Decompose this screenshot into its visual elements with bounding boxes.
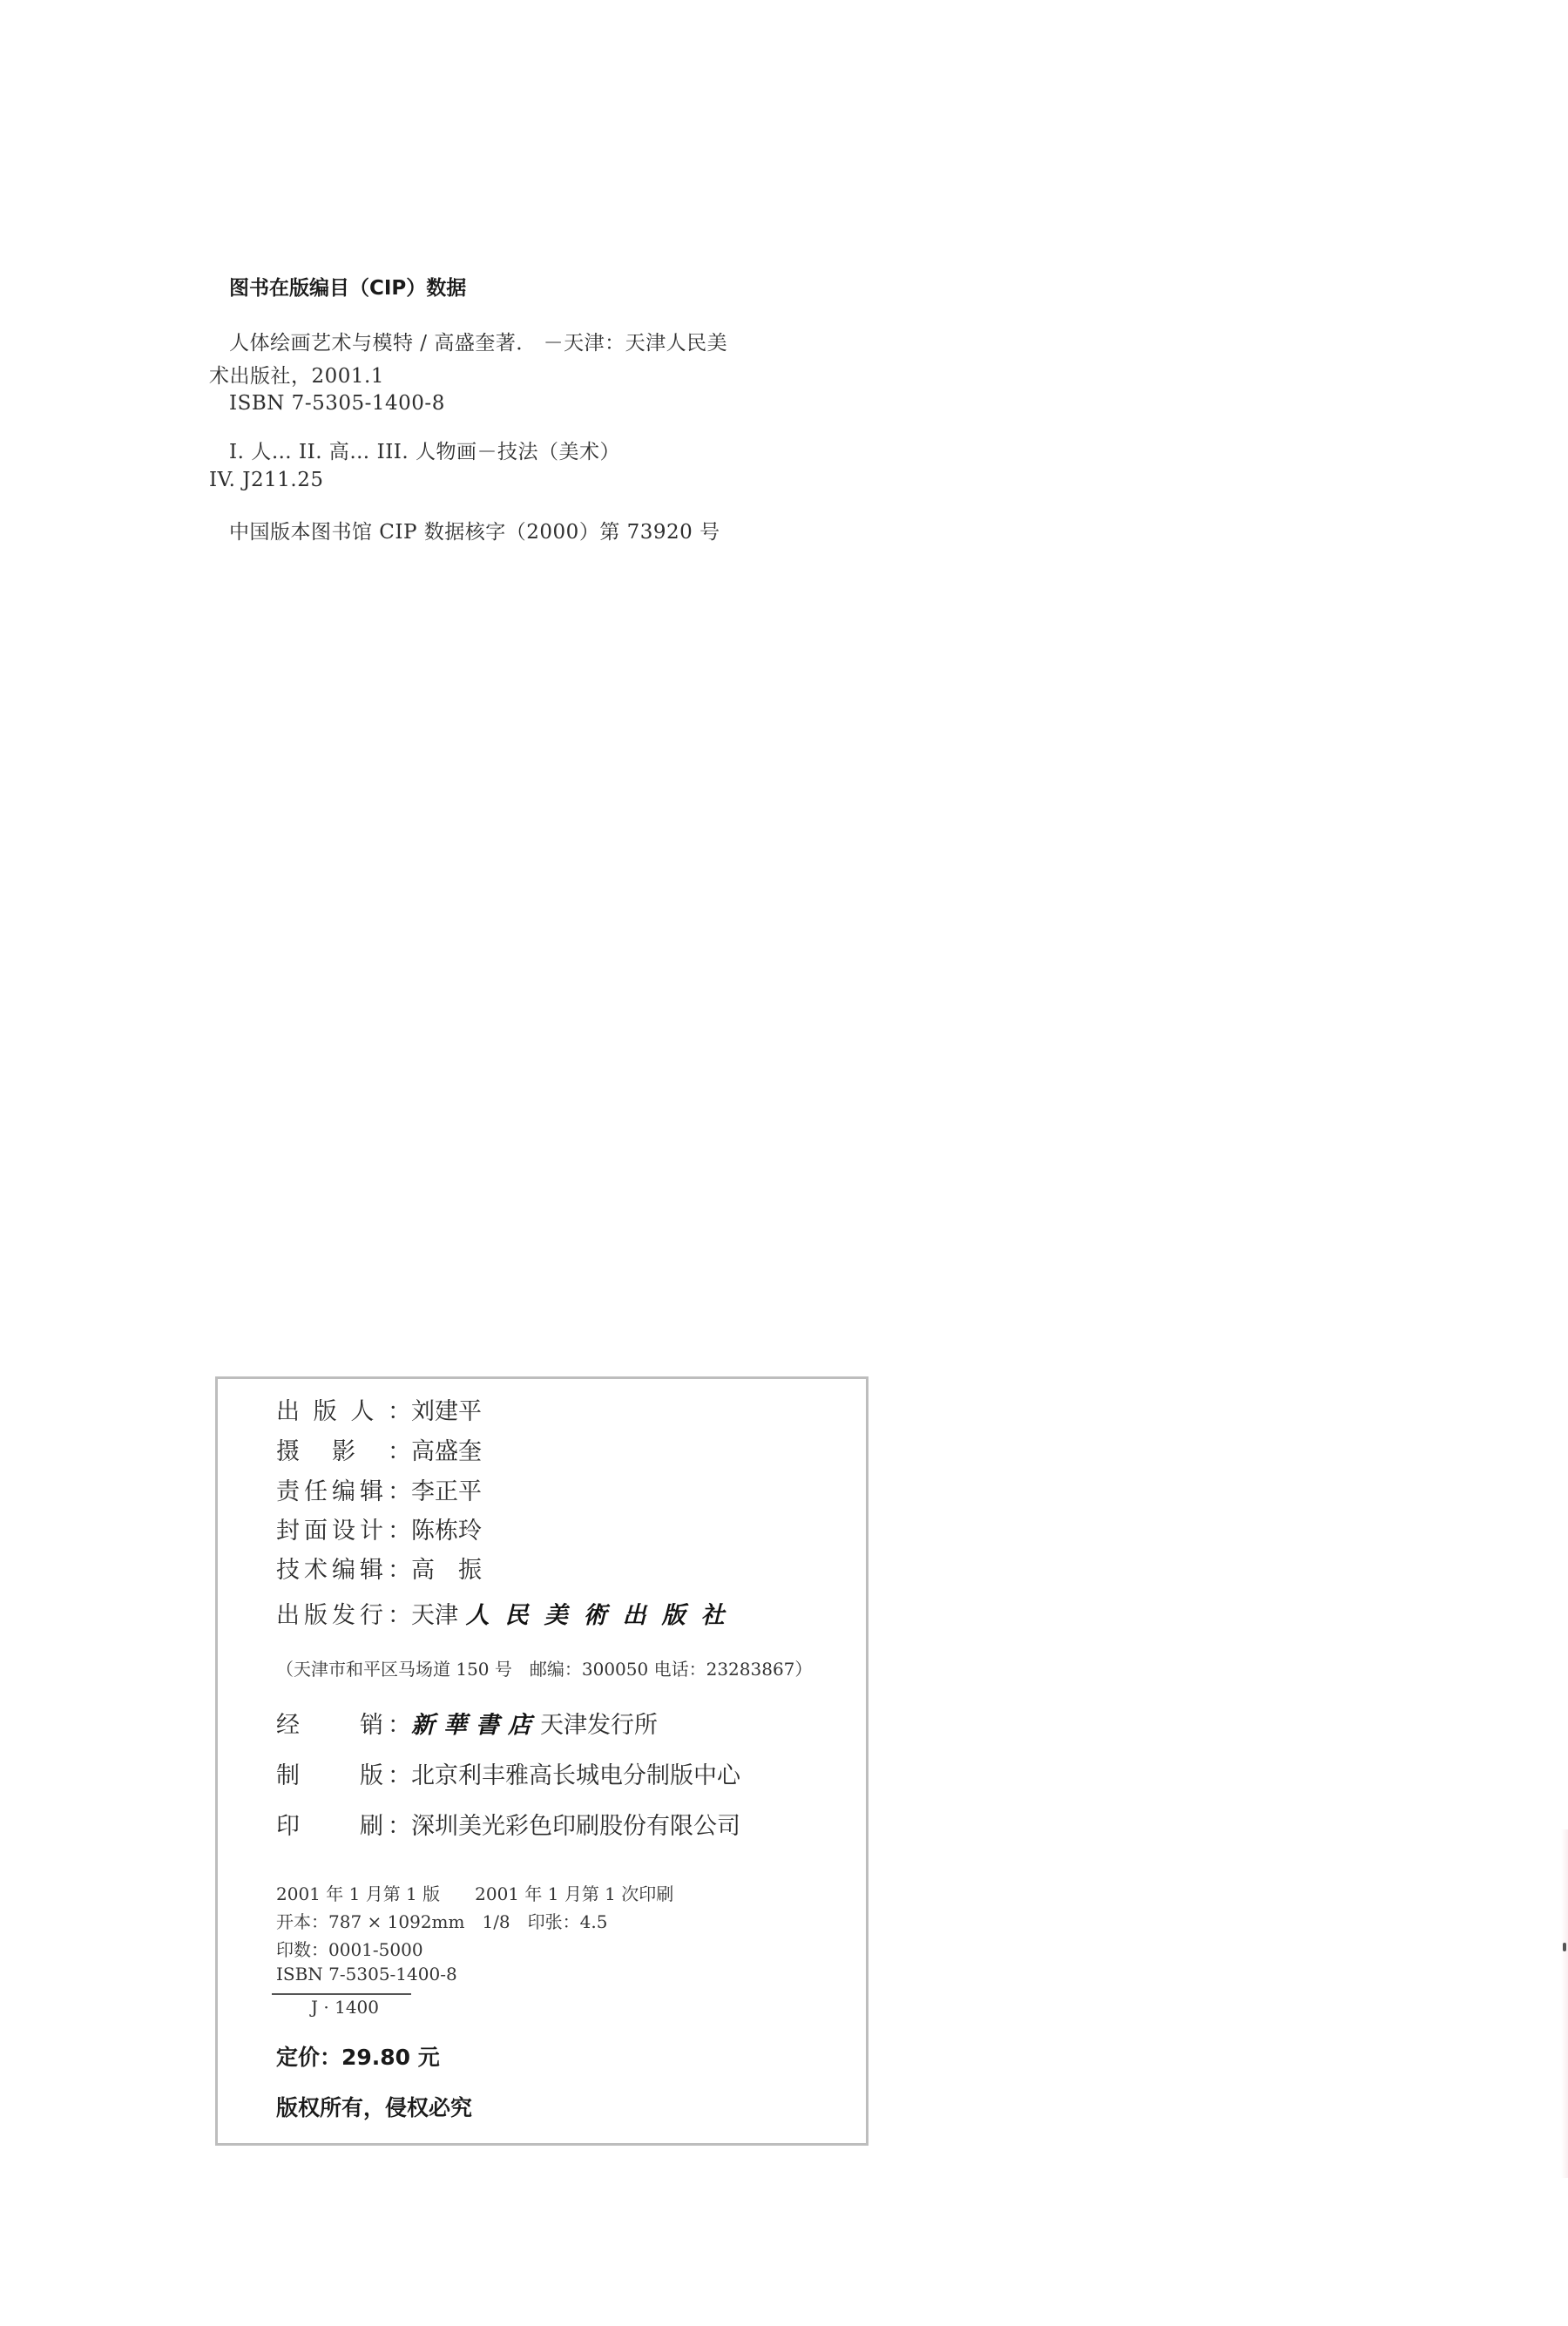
- plate-making-label: 制 版：: [276, 1756, 411, 1790]
- credit-cover-design: 封面设计：陈栋玲: [276, 1511, 482, 1545]
- distributor-label: 经 销：: [276, 1706, 411, 1740]
- credit-label: 责任编辑：: [276, 1472, 411, 1506]
- xinhua-calligraphy-logo: 新華書店: [411, 1712, 540, 1739]
- credit-label: 摄影：: [276, 1432, 411, 1466]
- publisher-prefix: 天津: [411, 1602, 458, 1629]
- colophon-content: 出版人：刘建平 摄影：高盛奎 责任编辑：李正平 封面设计：陈栋玲 技术编辑：高 …: [215, 0, 868, 2326]
- copyright-notice: 版权所有，侵权必究: [276, 2091, 472, 2122]
- credit-photography: 摄影：高盛奎: [276, 1432, 482, 1466]
- credit-technical-editor: 技术编辑：高 振: [276, 1551, 482, 1585]
- format-info: 开本：787 × 1092mm 1/8 印张：4.5: [276, 1908, 607, 1933]
- page-edge-tint: [1561, 1829, 1568, 2178]
- isbn-info: ISBN 7-5305-1400-8: [276, 1964, 457, 1985]
- classification-number: J · 1400: [311, 1997, 379, 2018]
- isbn-divider: [272, 1993, 411, 1995]
- plate-making-line: 制 版：北京利丰雅高长城电分制版中心: [276, 1756, 740, 1790]
- price: 定价：29.80 元: [276, 2040, 440, 2072]
- print-run-info: 印数：0001-5000: [276, 1936, 423, 1961]
- credit-publisher-person: 出版人：刘建平: [276, 1392, 482, 1426]
- credit-value: 高 振: [411, 1557, 482, 1584]
- publisher-calligraphy-logo: 人民美術出版社: [466, 1602, 740, 1629]
- printing-value: 深圳美光彩色印刷股份有限公司: [411, 1813, 740, 1840]
- credit-value: 陈栋玲: [411, 1518, 482, 1545]
- credit-value: 刘建平: [411, 1398, 482, 1425]
- credit-value: 高盛奎: [411, 1438, 482, 1465]
- edition-info: 2001 年 1 月第 1 版 2001 年 1 月第 1 次印刷: [276, 1880, 673, 1905]
- distributor-line: 经 销：新華書店天津发行所: [276, 1706, 658, 1740]
- plate-making-value: 北京利丰雅高长城电分制版中心: [411, 1762, 740, 1789]
- publisher-line: 出版发行：天津 人民美術出版社: [276, 1596, 740, 1630]
- credit-label: 出版人：: [276, 1392, 411, 1426]
- publisher-address: （天津市和平区马场道 150 号 邮编：300050 电话：23283867）: [276, 1655, 812, 1680]
- credit-editor: 责任编辑：李正平: [276, 1472, 482, 1506]
- credit-label: 技术编辑：: [276, 1551, 411, 1585]
- scan-speck: [1563, 1943, 1566, 1951]
- credit-label: 封面设计：: [276, 1511, 411, 1545]
- credit-value: 李正平: [411, 1478, 482, 1505]
- publisher-label: 出版发行：: [276, 1596, 411, 1630]
- printing-line: 印 刷：深圳美光彩色印刷股份有限公司: [276, 1807, 740, 1841]
- distributor-suffix: 天津发行所: [540, 1712, 658, 1739]
- printing-label: 印 刷：: [276, 1807, 411, 1841]
